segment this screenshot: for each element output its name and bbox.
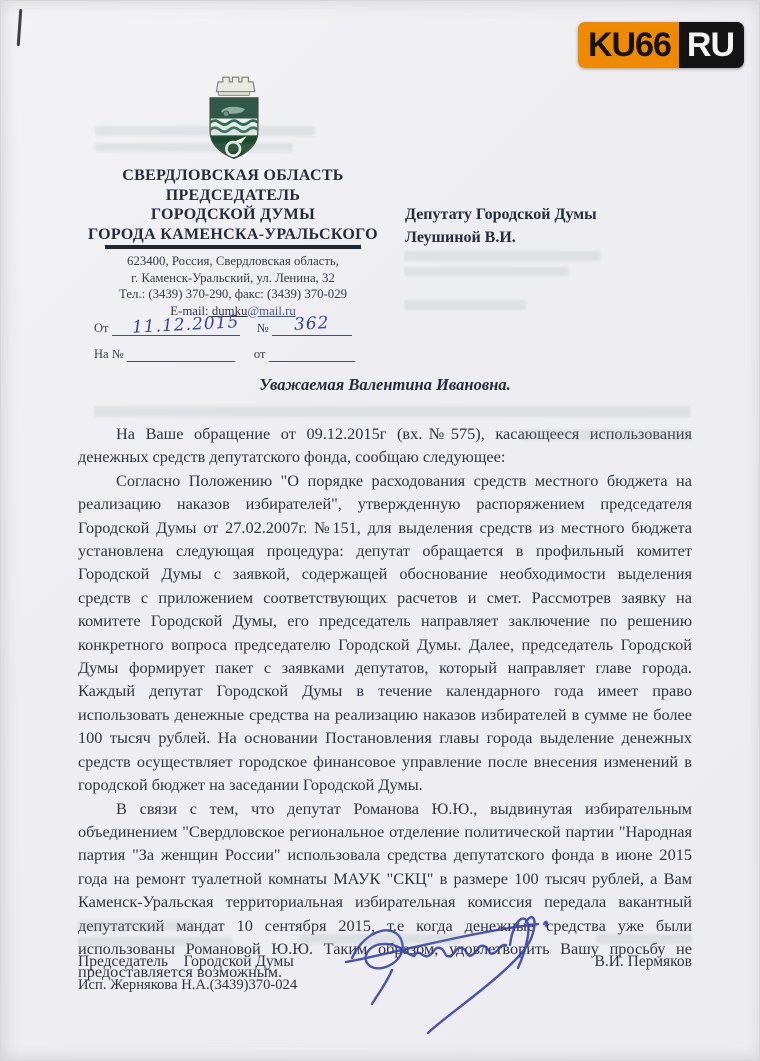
email-domain: @mail.ru bbox=[247, 304, 295, 318]
bleed-through-line bbox=[300, 934, 460, 944]
address-line-3: Тел.: (3439) 370-290, факс: (3439) 370-0… bbox=[48, 286, 418, 303]
bleed-through-line bbox=[404, 267, 568, 276]
bleed-through-line bbox=[95, 143, 293, 152]
recipient-line-2: Леушиной В.И. bbox=[405, 226, 597, 249]
reference-row-outgoing: От 11.12.2015 № 362 bbox=[94, 321, 384, 343]
letterhead-line-position: ПРЕДСЕДАТЕЛЬ bbox=[48, 186, 418, 206]
reference-block: От 11.12.2015 № 362 На № от bbox=[94, 321, 384, 369]
scanned-letter-page: KU66 RU bbox=[0, 0, 760, 1061]
from-label: От bbox=[94, 321, 109, 335]
executor-line: Исп. Жернякова Н.А.(3439)370-024 bbox=[78, 977, 297, 994]
letterhead-line-city: ГОРОДА КАМЕНСКА-УРАЛЬСКОГО bbox=[48, 225, 418, 245]
address-line-2: г. Каменск-Уральский, ул. Ленина, 32 bbox=[48, 270, 418, 287]
ku66-watermark-logo: KU66 RU bbox=[578, 22, 744, 68]
letterhead-divider bbox=[105, 245, 361, 249]
signer-position: Председатель Городской Думы bbox=[78, 953, 294, 971]
number-label: № bbox=[257, 321, 269, 335]
on-number-label: На № bbox=[94, 347, 124, 361]
bleed-through-line bbox=[520, 430, 690, 440]
kamensk-uralsky-coat-of-arms-icon bbox=[194, 74, 274, 168]
recipient-line-1: Депутату Городской Думы bbox=[405, 203, 597, 226]
address-block: 623400, Россия, Свердловская область, г.… bbox=[48, 253, 418, 319]
address-line-1: 623400, Россия, Свердловская область, bbox=[48, 253, 418, 270]
bleed-through-line bbox=[78, 921, 196, 930]
bleed-through-line bbox=[404, 300, 526, 310]
bleed-through-line bbox=[78, 937, 232, 946]
ku66-logo-left: KU66 bbox=[578, 22, 679, 68]
handwritten-number: 362 bbox=[294, 313, 330, 335]
paragraph-2: Согласно Положению "О порядке расходован… bbox=[78, 469, 692, 797]
letterhead-line-body: ГОРОДСКОЙ ДУМЫ bbox=[48, 205, 418, 225]
letterhead-line-region: СВЕРДЛОВСКАЯ ОБЛАСТЬ bbox=[48, 166, 418, 186]
of-label: от bbox=[254, 347, 266, 361]
handwritten-signature bbox=[330, 898, 580, 1050]
incoming-date-underline bbox=[269, 347, 355, 362]
bleed-through-line bbox=[94, 406, 690, 417]
bleed-through-line bbox=[404, 251, 600, 261]
pen-mark bbox=[17, 9, 23, 46]
signer-name: В.И. Пермяков bbox=[595, 953, 693, 971]
salutation: Уважаемая Валентина Ивановна. bbox=[78, 375, 692, 395]
incoming-number-underline bbox=[127, 347, 235, 362]
recipient-block: Депутату Городской Думы Леушиной В.И. bbox=[405, 203, 597, 249]
bleed-through-line bbox=[596, 934, 692, 944]
bleed-through-line bbox=[95, 126, 315, 136]
ku66-logo-right: RU bbox=[679, 22, 744, 68]
letterhead: СВЕРДЛОВСКАЯ ОБЛАСТЬ ПРЕДСЕДАТЕЛЬ ГОРОДС… bbox=[48, 166, 418, 244]
reference-row-incoming: На № от bbox=[94, 347, 384, 369]
